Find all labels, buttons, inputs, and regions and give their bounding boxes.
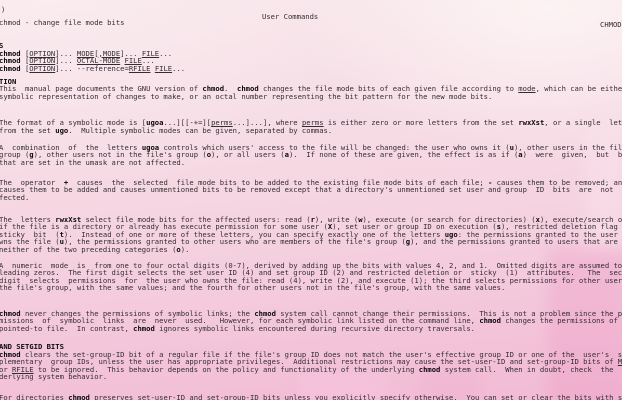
- man-text-segment: pointed-to file. In contrast,: [0, 324, 133, 333]
- man-page-body: chmod - change file mode bitsSchmod [OPT…: [0, 0, 622, 400]
- man-text-segment: preserves set-user-ID and set-group-ID b…: [90, 393, 622, 400]
- man-paragraph-operators: The operator + causes the selected file …: [0, 179, 622, 202]
- man-text-segment: chmod - change file mode bits: [0, 18, 125, 27]
- man-text-segment: ]... --reference=: [55, 64, 129, 73]
- man-text-segment: ), or all users (: [211, 150, 285, 159]
- man-line: symbolic representation of changes to ma…: [0, 93, 622, 101]
- man-text-segment: fected.: [0, 193, 29, 202]
- man-paragraph-synopsis: Schmod [OPTION]... MODE[,MODE]... FILE..…: [0, 42, 622, 72]
- terminal-screen[interactable]: ) User Commands CHMOD(1) chmod - change …: [0, 0, 622, 400]
- man-text-segment: causes them to be added and causes unmen…: [0, 185, 622, 194]
- man-text-segment: from the set: [0, 126, 55, 135]
- man-text-segment: ...: [172, 64, 185, 73]
- man-text-segment: chmod: [479, 316, 501, 325]
- man-text-segment: chmod: [133, 324, 155, 333]
- man-text-segment: the file's group, with the same values; …: [0, 283, 505, 292]
- man-text-segment: symbolic representation of changes to ma…: [0, 92, 492, 101]
- man-text-segment: [: [21, 64, 30, 73]
- man-text-segment: , which can be either a: [536, 84, 622, 93]
- man-text-segment: , or a single letter: [544, 118, 622, 127]
- man-line: that are set in the umask are not affect…: [0, 159, 622, 167]
- man-text-segment: chmod: [0, 64, 21, 73]
- man-line: chmod [OPTION]... --reference=RFILE FILE…: [0, 65, 622, 73]
- man-text-segment: that are set in the umask are not affect…: [0, 158, 185, 167]
- man-paragraph-ugoa-combination: A combination of the letters ugoa contro…: [0, 144, 622, 167]
- man-text-segment: ignores symbolic links encountered durin…: [155, 324, 475, 333]
- man-text-segment: changes the permissions of the: [501, 316, 622, 325]
- man-paragraph-name-section: chmod - change file mode bits: [0, 19, 622, 27]
- man-text-segment: neither of the two preceding categories …: [0, 245, 176, 254]
- man-text-segment: system call. When in doubt, check the un: [440, 365, 622, 374]
- man-paragraph-numeric-mode: A numeric mode is from one to four octal…: [0, 262, 622, 292]
- man-text-segment: ), and the permissions granted to users …: [410, 237, 622, 246]
- man-text-segment: mode: [518, 84, 535, 93]
- man-paragraph-description: TIONThis manual page documents the GNU v…: [0, 78, 622, 101]
- man-line: pointed-to file. In contrast, chmod igno…: [0, 325, 622, 333]
- man-text-segment: . Multiple symbolic modes can be given, …: [68, 126, 332, 135]
- man-text-segment: ugo: [55, 126, 68, 135]
- man-text-segment: rwxXst: [518, 118, 544, 127]
- man-paragraph-symbolic-links: chmod never changes the permissions of s…: [0, 310, 622, 333]
- man-paragraph-directories: For directories chmod preserves set-user…: [0, 394, 622, 400]
- man-line: fected.: [0, 194, 622, 202]
- man-text-segment: chmod: [419, 365, 441, 374]
- man-line: from the set ugo. Multiple symbolic mode…: [0, 127, 622, 135]
- man-line: causes them to be added and causes unmen…: [0, 186, 622, 194]
- man-paragraph-letters-rwxXst: The letters rwxXst select file mode bits…: [0, 216, 622, 254]
- man-paragraph-setuid-setgid-bits: AND SETGID BITSchmod clears the set-grou…: [0, 343, 622, 381]
- man-text-segment: For directories: [0, 393, 68, 400]
- man-text-segment: FILE: [155, 64, 172, 73]
- man-text-segment: ...: [159, 49, 172, 58]
- man-text-segment: ). If none of these are given, the effec…: [289, 150, 518, 159]
- man-text-segment: ) were given, but bits: [523, 150, 622, 159]
- man-text-segment: derlying system behavior.: [0, 372, 107, 381]
- man-text-segment: ).: [181, 245, 190, 254]
- man-text-segment: is either zero or more letters from the …: [324, 118, 519, 127]
- man-line: For directories chmod preserves set-user…: [0, 394, 622, 400]
- man-line: neither of the two preceding categories …: [0, 246, 622, 254]
- man-text-segment: chmod: [68, 393, 90, 400]
- man-line: the file's group, with the same values; …: [0, 284, 622, 292]
- man-paragraph-format: The format of a symbolic mode is [ugoa..…: [0, 119, 622, 134]
- man-line: chmod - change file mode bits: [0, 19, 622, 27]
- man-line: derlying system behavior.: [0, 373, 622, 381]
- man-text-segment: RFILE: [129, 64, 151, 73]
- man-text-segment: OPTION: [29, 64, 55, 73]
